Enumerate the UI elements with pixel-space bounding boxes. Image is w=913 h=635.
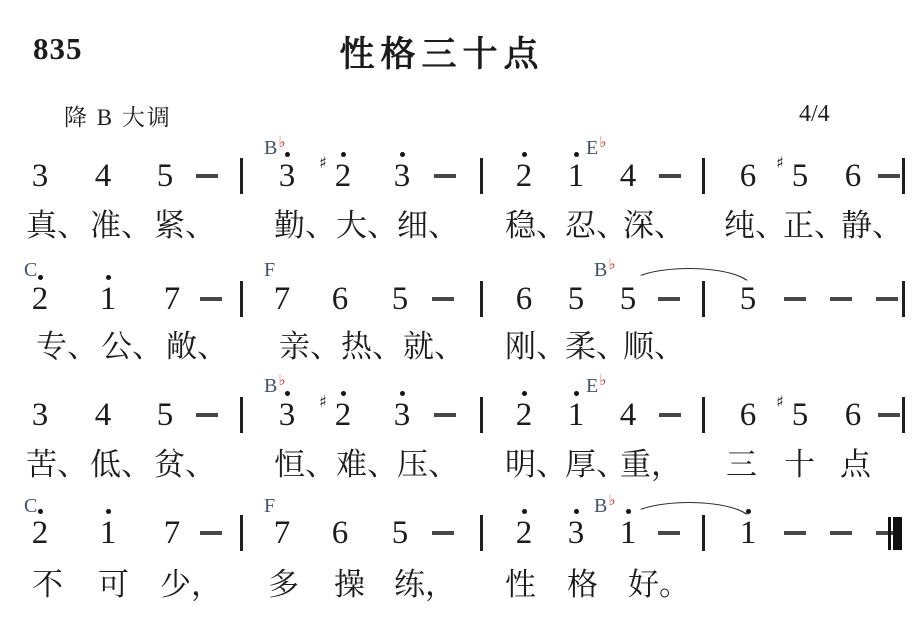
final-barline-thick [893, 517, 902, 550]
barline [240, 158, 243, 194]
note: 4 [93, 399, 113, 432]
note: 3 [566, 517, 586, 550]
chord-root: B [594, 495, 607, 517]
sharp-accidental-icon: ♯ [776, 155, 784, 171]
duration-dash [196, 413, 218, 417]
flat-accidental-icon: ♭ [599, 371, 606, 389]
note: 2 [30, 517, 50, 550]
lyric-syllable: 性 [505, 569, 536, 600]
chord-symbol: E♭ [586, 138, 605, 158]
flat-accidental-icon: ♭ [278, 133, 285, 151]
duration-dash [196, 174, 218, 178]
chord-root: B [264, 137, 277, 159]
note: 5 [738, 283, 758, 316]
lyric-syllable: 纯、 [724, 210, 786, 241]
tie-slur [626, 502, 752, 521]
lyric-syllable: 忍、 [565, 210, 627, 241]
lyric-syllable: 不 [32, 569, 63, 600]
lyric-syllable: 深、 [623, 210, 685, 241]
lyric-syllable: 低、 [90, 449, 152, 480]
lyric-syllable: 就、 [403, 331, 465, 362]
barline [480, 158, 483, 194]
barline [702, 158, 705, 194]
lyric-syllable: 压、 [397, 449, 459, 480]
note: 1 [566, 160, 586, 193]
chord-root: B [594, 259, 607, 281]
octave-dot [341, 391, 346, 396]
note: 1 [98, 283, 118, 316]
duration-dash [200, 531, 222, 535]
octave-dot [285, 152, 290, 157]
lyric-syllable: 重， [620, 449, 682, 480]
music-sheet: 835 性格三十点 降 B 大调 4/4 B♭E♭34532♯321465♯6真… [0, 0, 913, 635]
octave-dot [285, 391, 290, 396]
barline [480, 397, 483, 433]
lyric-syllable: 格 [567, 569, 598, 600]
note: 2 [514, 160, 534, 193]
lyric-syllable: 柔、 [565, 331, 627, 362]
lyric-syllable: 公、 [101, 331, 163, 362]
note: 3 [392, 399, 412, 432]
lyric-syllable: 练， [394, 569, 456, 600]
lyric-syllable: 厚、 [565, 449, 627, 480]
chord-symbol: B♭ [594, 260, 614, 280]
sharp-accidental-icon: ♯ [319, 394, 327, 410]
octave-dot [574, 509, 579, 514]
note: 1 [98, 517, 118, 550]
barline [902, 158, 905, 194]
chord-root: F [264, 259, 275, 281]
barline [480, 281, 483, 317]
octave-dot [574, 152, 579, 157]
lyric-syllable: 苦、 [26, 449, 88, 480]
note: 6 [330, 517, 350, 550]
octave-dot [38, 509, 43, 514]
note: 2♯ [333, 399, 353, 432]
final-barline-thin [888, 517, 891, 550]
note: 3 [392, 160, 412, 193]
chord-symbol: C [24, 496, 37, 516]
lyric-syllable: 正、 [783, 210, 845, 241]
note: 5 [155, 399, 175, 432]
lyric-syllable: 好。 [628, 569, 690, 600]
note: 7 [272, 283, 292, 316]
chord-symbol: B♭ [264, 376, 284, 396]
lyric-syllable: 准、 [90, 210, 152, 241]
note: 2 [30, 283, 50, 316]
song-title: 性格三十点 [339, 27, 544, 77]
octave-dot [522, 152, 527, 157]
duration-dash [830, 297, 852, 301]
song-number: 835 [33, 31, 83, 67]
chord-symbol: F [264, 260, 275, 280]
note: 1 [738, 517, 758, 550]
final-barline [888, 517, 902, 550]
lyric-syllable: 明、 [505, 449, 567, 480]
octave-dot [341, 152, 346, 157]
chord-symbol: C [24, 260, 37, 280]
note: 5 [390, 517, 410, 550]
note: 5 [566, 283, 586, 316]
barline [240, 515, 243, 551]
duration-dash [830, 531, 852, 535]
duration-dash [434, 174, 456, 178]
lyric-syllable: 大、 [336, 210, 398, 241]
duration-dash [434, 413, 456, 417]
barline [702, 397, 705, 433]
lyric-syllable: 刚、 [505, 331, 567, 362]
sharp-accidental-icon: ♯ [319, 155, 327, 171]
lyric-syllable: 少， [160, 569, 222, 600]
lyric-syllable: 十 [784, 449, 815, 480]
time-signature: 4/4 [799, 101, 830, 128]
lyric-syllable: 三 [726, 449, 757, 480]
duration-dash [659, 413, 681, 417]
lyric-syllable: 稳、 [505, 210, 567, 241]
note: 4 [93, 160, 113, 193]
barline [902, 397, 905, 433]
note: 2 [514, 399, 534, 432]
barline [902, 281, 905, 317]
chord-symbol: B♭ [264, 138, 284, 158]
note: 6 [330, 283, 350, 316]
lyric-syllable: 勤、 [274, 210, 336, 241]
note: 6 [738, 160, 758, 193]
note: 3 [30, 160, 50, 193]
barline [240, 397, 243, 433]
note: 5 [618, 283, 638, 316]
flat-accidental-icon: ♭ [599, 133, 606, 151]
duration-dash [876, 297, 898, 301]
lyric-syllable: 细、 [397, 210, 459, 241]
lyric-syllable: 贫、 [154, 449, 216, 480]
note: 5 [155, 160, 175, 193]
flat-accidental-icon: ♭ [278, 371, 285, 389]
chord-root: F [264, 495, 275, 517]
octave-dot [574, 391, 579, 396]
duration-dash [878, 174, 900, 178]
note: 2 [514, 517, 534, 550]
note: 7 [162, 517, 182, 550]
note: 1 [618, 517, 638, 550]
lyric-syllable: 敞、 [166, 331, 228, 362]
lyric-syllable: 真、 [26, 210, 88, 241]
tie-slur [626, 268, 752, 287]
chord-root: E [586, 375, 598, 397]
octave-dot [106, 275, 111, 280]
duration-dash [658, 531, 680, 535]
lyric-syllable: 多 [268, 569, 299, 600]
barline [480, 515, 483, 551]
sharp-accidental-icon: ♯ [776, 394, 784, 410]
note: 2♯ [333, 160, 353, 193]
note: 7 [272, 517, 292, 550]
lyric-syllable: 难、 [336, 449, 398, 480]
flat-accidental-icon: ♭ [608, 491, 615, 509]
note: 3 [30, 399, 50, 432]
duration-dash [200, 297, 222, 301]
note: 5♯ [790, 160, 810, 193]
lyric-syllable: 点 [840, 449, 871, 480]
duration-dash [784, 297, 806, 301]
octave-dot [106, 509, 111, 514]
note: 5 [390, 283, 410, 316]
octave-dot [400, 391, 405, 396]
duration-dash [659, 174, 681, 178]
lyric-syllable: 恒、 [274, 449, 336, 480]
note: 3 [277, 160, 297, 193]
chord-symbol: F [264, 496, 275, 516]
octave-dot [400, 152, 405, 157]
lyric-syllable: 专、 [36, 331, 98, 362]
chord-root: B [264, 375, 277, 397]
chord-root: C [24, 495, 37, 517]
note: 6 [843, 160, 863, 193]
duration-dash [658, 297, 680, 301]
note: 4 [618, 399, 638, 432]
lyric-syllable: 紧、 [154, 210, 216, 241]
note: 1 [566, 399, 586, 432]
flat-accidental-icon: ♭ [608, 255, 615, 273]
chord-root: E [586, 137, 598, 159]
octave-dot [522, 509, 527, 514]
note: 5♯ [790, 399, 810, 432]
note: 6 [843, 399, 863, 432]
lyric-syllable: 顺、 [623, 331, 685, 362]
lyric-syllable: 热、 [341, 331, 403, 362]
note: 7 [162, 283, 182, 316]
lyric-syllable: 静、 [841, 210, 903, 241]
barline [240, 281, 243, 317]
chord-symbol: E♭ [586, 376, 605, 396]
lyric-syllable: 可 [98, 569, 129, 600]
note: 4 [618, 160, 638, 193]
note: 6 [514, 283, 534, 316]
duration-dash [878, 413, 900, 417]
octave-dot [522, 391, 527, 396]
note: 3 [277, 399, 297, 432]
key-signature: 降 B 大调 [64, 99, 172, 132]
chord-symbol: B♭ [594, 496, 614, 516]
note: 6 [738, 399, 758, 432]
duration-dash [784, 531, 806, 535]
lyric-syllable: 亲、 [279, 331, 341, 362]
chord-root: C [24, 259, 37, 281]
duration-dash [432, 297, 454, 301]
duration-dash [432, 531, 454, 535]
octave-dot [38, 275, 43, 280]
lyric-syllable: 操 [334, 569, 365, 600]
